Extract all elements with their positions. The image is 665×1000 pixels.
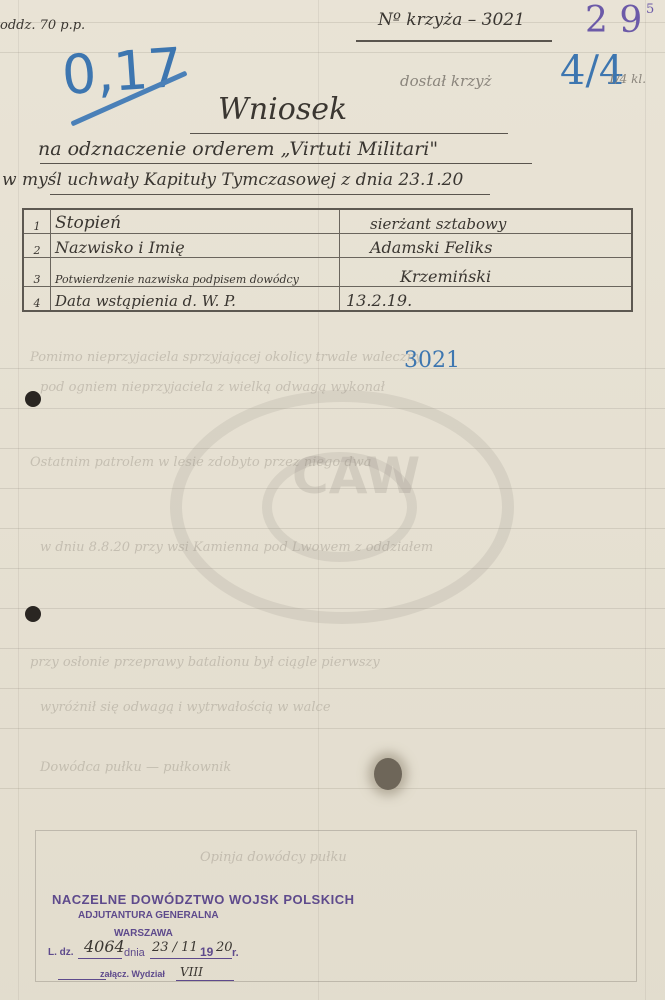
watermark-monogram: CAW xyxy=(292,447,420,505)
punch-hole xyxy=(25,606,41,622)
blue-stamped-number: 3021 xyxy=(404,348,460,373)
field-label-signature: Potwierdzenie nazwiska podpisem dowódcy xyxy=(51,258,340,287)
stamp-year-prefix: 19 xyxy=(200,945,213,959)
stamp-registry-number: 4064 xyxy=(84,937,125,956)
table-row: 3 Potwierdzenie nazwiska podpisem dowódc… xyxy=(23,258,632,287)
field-value-signature: Krzemiński xyxy=(340,258,633,287)
punch-hole xyxy=(25,391,41,407)
ruled-line xyxy=(0,688,665,689)
stamp-date-line xyxy=(150,958,232,959)
stamp-department: ADJUTANTURA GENERALNA xyxy=(78,910,219,921)
resolution-underline xyxy=(50,194,490,195)
field-label-rank: Stopień xyxy=(51,209,340,234)
table-row: 1 Stopień sierżant sztabowy xyxy=(23,209,632,234)
pencil-note-2: 1/4 kl. xyxy=(608,72,646,86)
title-underline xyxy=(190,133,508,134)
violet-superscript: 5 xyxy=(646,2,654,17)
bleed-through-text: przy osłonie przeprawy batalionu był cią… xyxy=(30,655,380,670)
field-label-enlistment-date: Data wstąpienia d. W. P. xyxy=(51,287,340,312)
cross-number-label: Nº krzyża – 3021 xyxy=(378,10,525,30)
field-value-rank: sierżant sztabowy xyxy=(340,209,633,234)
archive-watermark: CAW xyxy=(170,390,514,624)
bleed-through-text: Dowódca pułku — pułkownik xyxy=(40,760,231,775)
pencil-note: dostał krzyż xyxy=(400,72,491,90)
application-form-table: 1 Stopień sierżant sztabowy 2 Nazwisko i… xyxy=(22,208,633,312)
stamp-section-line xyxy=(176,980,234,981)
table-row: 2 Nazwisko i Imię Adamski Feliks xyxy=(23,234,632,258)
subtitle-underline xyxy=(40,163,532,164)
row-number: 2 xyxy=(23,234,51,258)
field-value-name: Adamski Feliks xyxy=(340,234,633,258)
ruled-line xyxy=(0,368,665,369)
bleed-through-text: wyróżnił się odwagą i wytrwałością w wal… xyxy=(40,700,331,715)
table-row: 4 Data wstąpienia d. W. P. 13.2.19. xyxy=(23,287,632,312)
blue-number-right: 4/4 xyxy=(560,48,624,94)
ruled-line xyxy=(0,22,665,23)
document-title: Wniosek xyxy=(218,92,347,127)
row-number: 4 xyxy=(23,287,51,312)
stamp-section-label: załącz. Wydział xyxy=(100,969,165,979)
field-label-name: Nazwisko i Imię xyxy=(51,234,340,258)
stamp-section-value: VIII xyxy=(180,965,203,979)
stamp-blank-line xyxy=(58,979,106,980)
cross-number-underline xyxy=(356,40,552,42)
stamp-year-end: r. xyxy=(232,947,239,959)
document-subtitle: na odznaczenie orderem „Virtuti Militari… xyxy=(38,138,438,160)
resolution-reference: w myśl uchwały Kapituły Tymczasowej z dn… xyxy=(2,170,463,190)
ruled-line xyxy=(0,648,665,649)
stamp-date-value: 23 / 11 xyxy=(152,940,198,955)
blue-pencil-number: 0,17 xyxy=(60,36,184,107)
unit-note: oddz. 70 p.p. xyxy=(0,18,85,33)
ruled-line xyxy=(0,788,665,789)
document-page: Pomimo nieprzyjaciela sprzyjającej okoli… xyxy=(0,0,665,1000)
stamp-registry-prefix: L. dz. xyxy=(48,947,74,958)
row-number: 1 xyxy=(23,209,51,234)
stamp-header: NACZELNE DOWÓDZTWO WOJSK POLSKICH xyxy=(52,892,355,907)
ruled-line xyxy=(0,728,665,729)
row-number: 3 xyxy=(23,258,51,287)
violet-number: 2 9 xyxy=(585,0,642,41)
margin-line xyxy=(645,0,646,1000)
paper-stain xyxy=(374,758,402,790)
field-value-enlistment-date: 13.2.19. xyxy=(340,287,633,312)
bleed-through-text: Pomimo nieprzyjaciela sprzyjającej okoli… xyxy=(30,350,422,365)
stamp-date-label: dnia xyxy=(124,947,145,959)
stamp-number-line xyxy=(78,958,122,959)
margin-line xyxy=(18,0,19,1000)
stamp-year-suffix: 20 xyxy=(216,940,233,955)
